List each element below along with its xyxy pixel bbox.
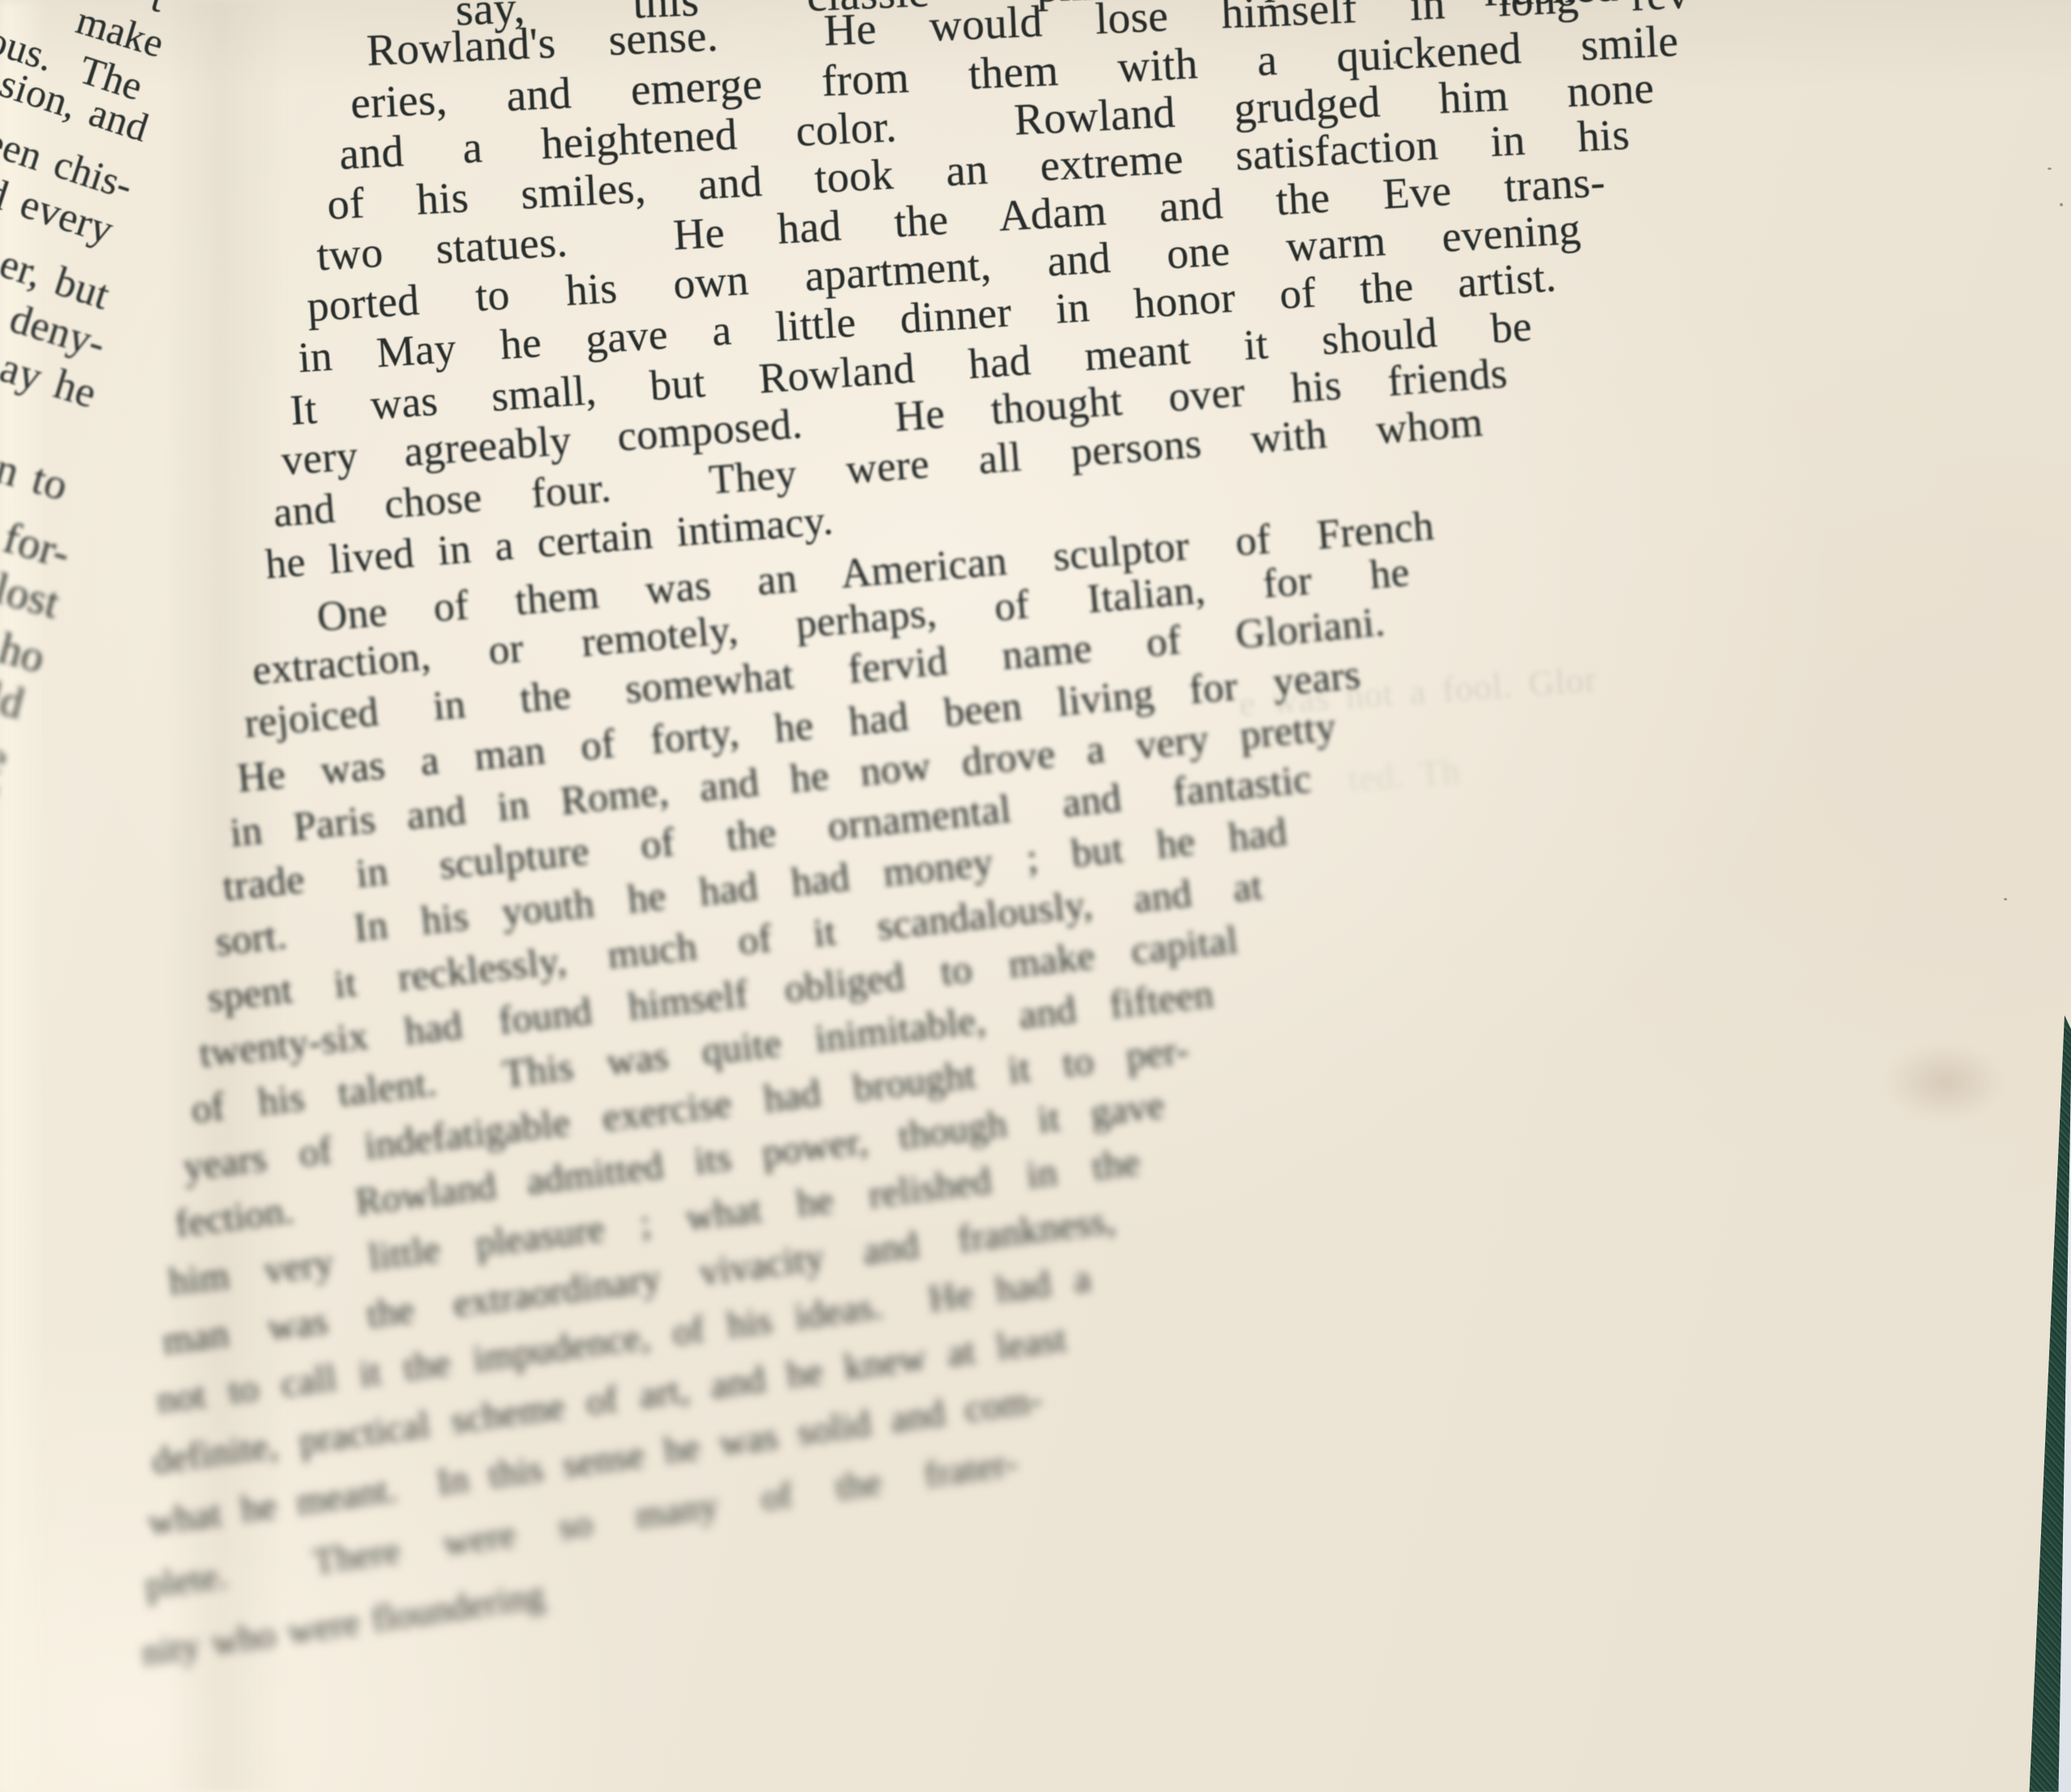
photo-open-book-page: tmakeous. Thesion, andeen chis-d everyer… (0, 0, 2071, 1792)
paper-speck (1393, 61, 1397, 64)
paper-speck (2060, 203, 2063, 206)
ghost-text-line: ted. Th (1347, 751, 1462, 800)
paper-speck (2004, 898, 2007, 900)
paper-stain (1885, 1044, 2006, 1121)
paper-speck (2048, 167, 2052, 170)
